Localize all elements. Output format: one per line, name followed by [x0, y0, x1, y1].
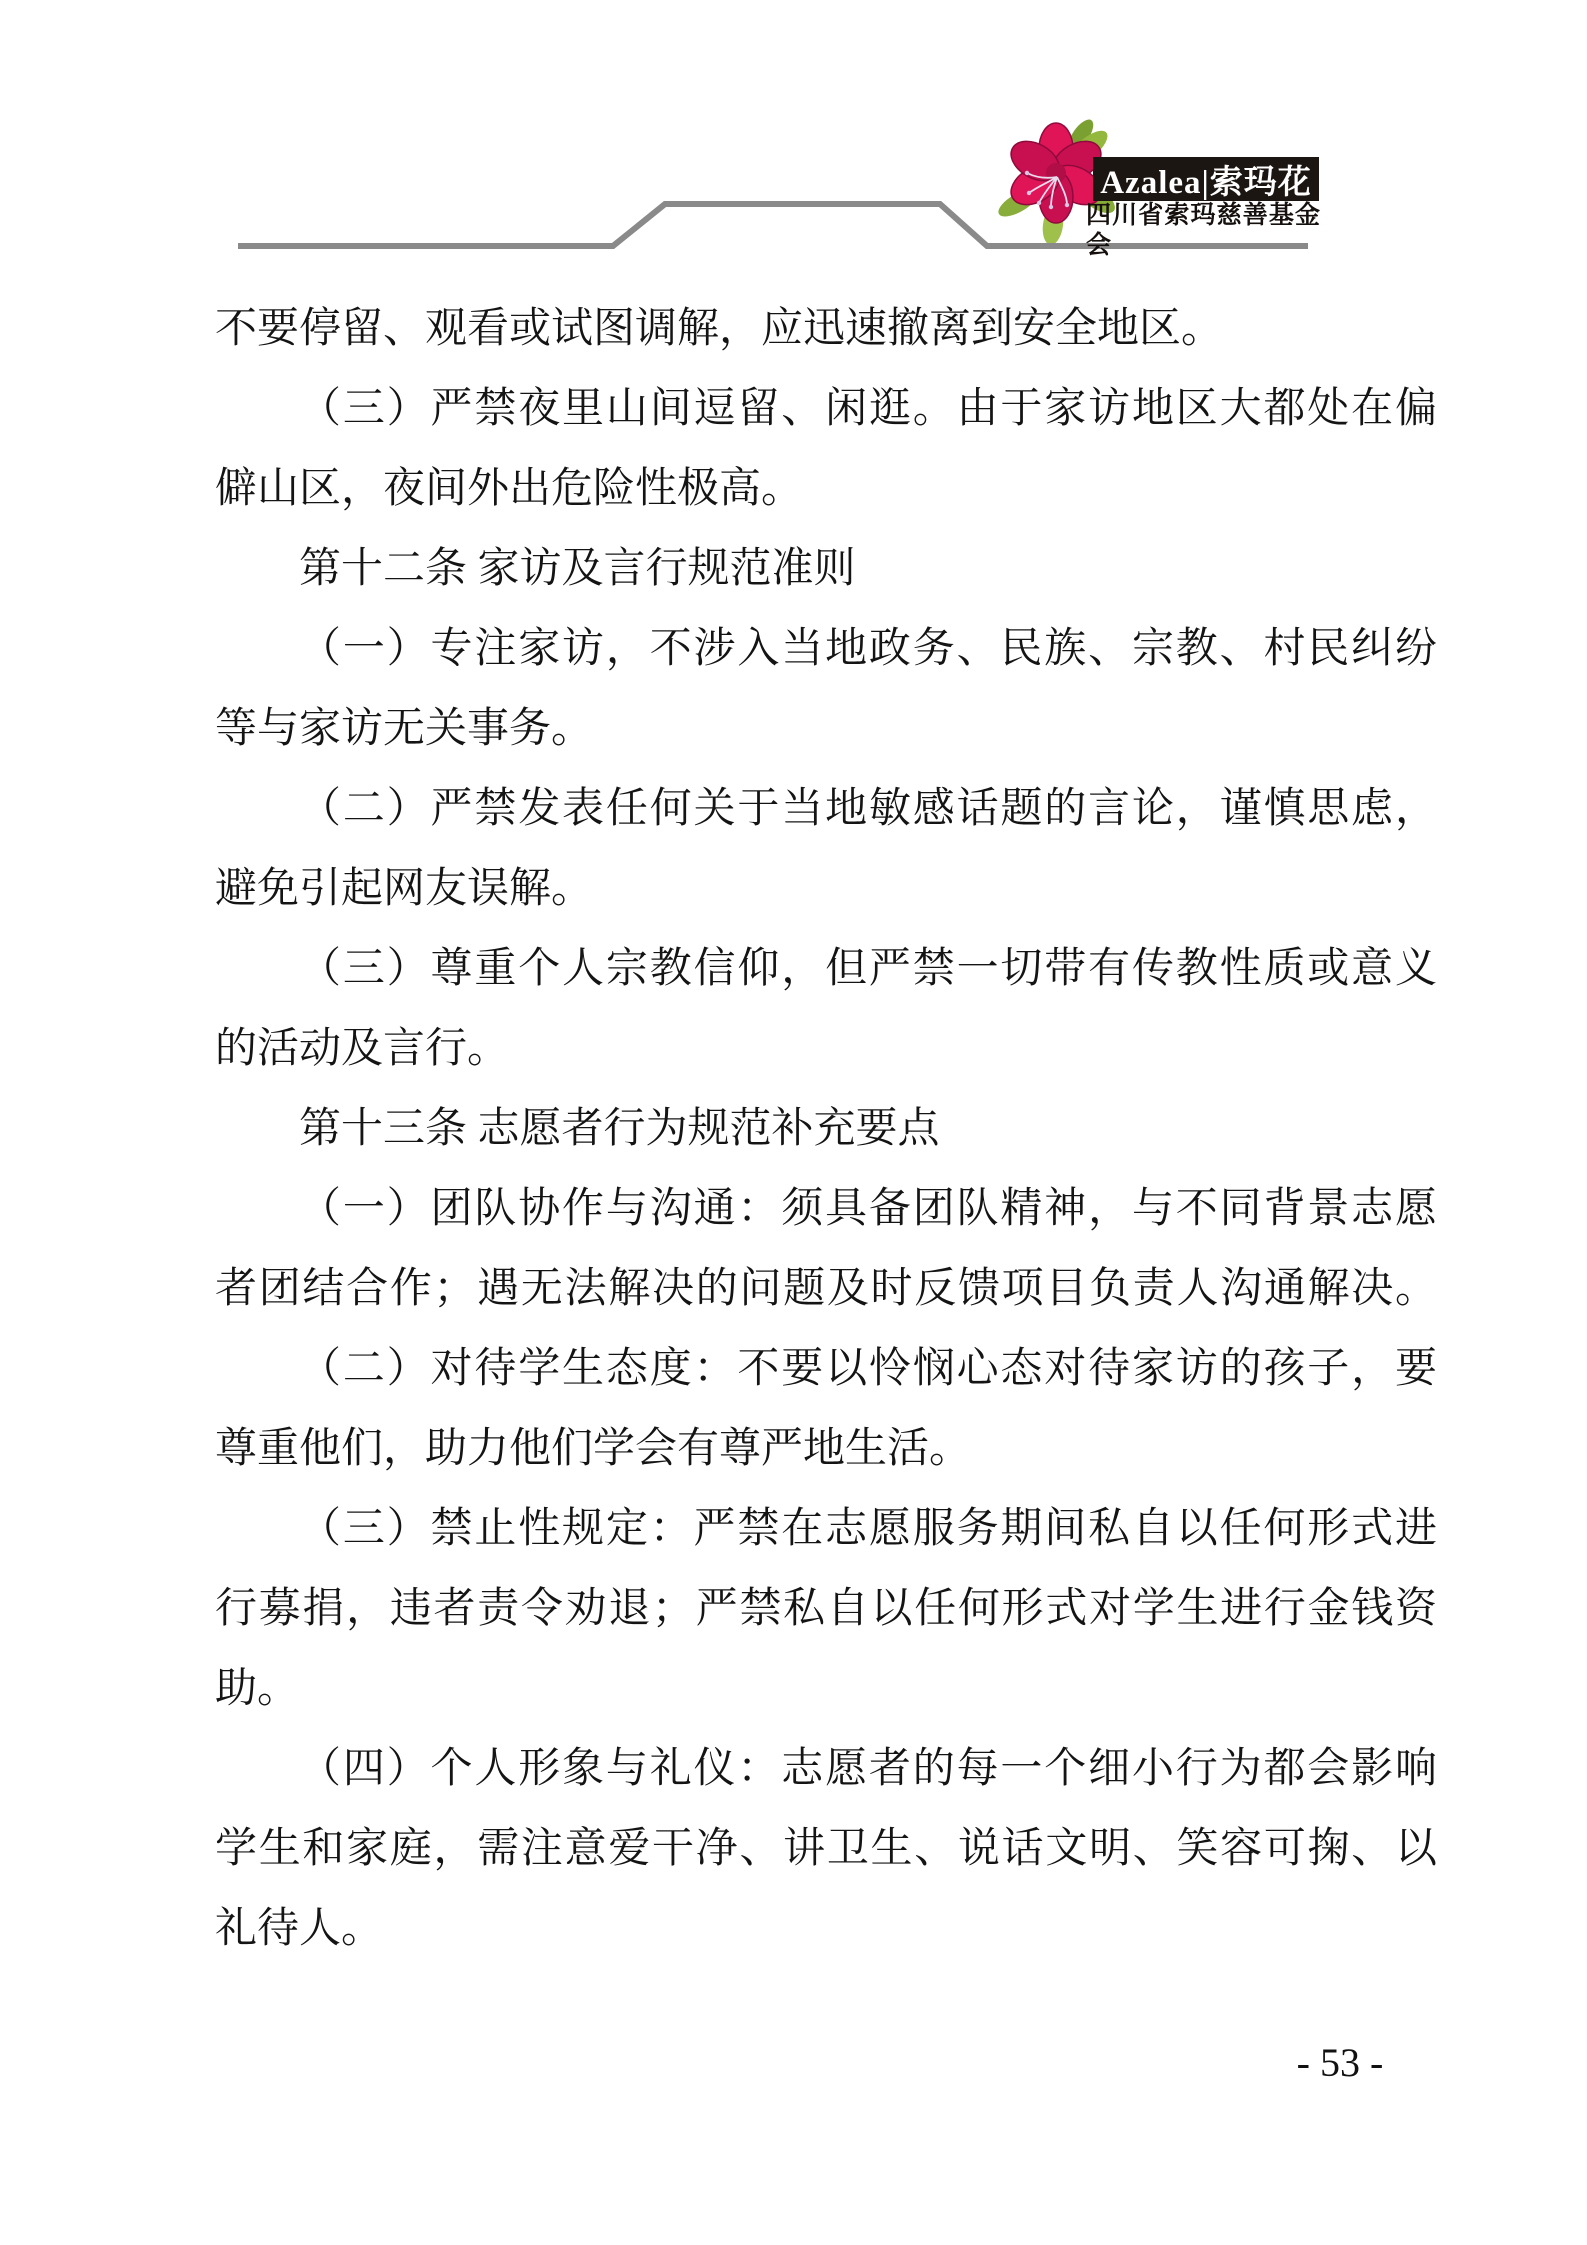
text-line: 者团结合作；遇无法解决的问题及时反馈项目负责人沟通解决。	[215, 1249, 1437, 1329]
text-line: 第十二条 家访及言行规范准则	[215, 529, 1437, 609]
text-line: 的活动及言行。	[215, 1009, 1437, 1089]
header-decorative-line	[0, 0, 1587, 300]
brand-subtitle: 四川省索玛慈善基金会	[1086, 201, 1320, 231]
page-number: - 53 -	[1270, 2038, 1410, 2088]
text-line: 尊重他们，助力他们学会有尊严地生活。	[215, 1409, 1437, 1489]
text-line: 第十三条 志愿者行为规范补充要点	[215, 1089, 1437, 1169]
text-line: （一）团队协作与沟通：须具备团队精神，与不同背景志愿	[215, 1169, 1437, 1249]
text-line: （一）专注家访，不涉入当地政务、民族、宗教、村民纠纷	[215, 609, 1437, 689]
brand-banner-label: Azalea|索玛花	[1100, 156, 1312, 203]
text-line: 避免引起网友误解。	[215, 849, 1437, 929]
document-text-block: 不要停留、观看或试图调解，应迅速撤离到安全地区。（三）严禁夜里山间逗留、闲逛。由…	[215, 289, 1437, 1969]
text-line: （三）严禁夜里山间逗留、闲逛。由于家访地区大都处在偏	[215, 369, 1437, 449]
text-line: 等与家访无关事务。	[215, 689, 1437, 769]
text-line: 行募捐，违者责令劝退；严禁私自以任何形式对学生进行金钱资	[215, 1569, 1437, 1649]
text-line: 礼待人。	[215, 1889, 1437, 1969]
text-line: （三）尊重个人宗教信仰，但严禁一切带有传教性质或意义	[215, 929, 1437, 1009]
text-line: （二）对待学生态度：不要以怜悯心态对待家访的孩子，要	[215, 1329, 1437, 1409]
text-line: 不要停留、观看或试图调解，应迅速撤离到安全地区。	[215, 289, 1437, 369]
text-line: 僻山区，夜间外出危险性极高。	[215, 449, 1437, 529]
document-page: { "header": { "logo": { "brand": "Azalea…	[0, 0, 1587, 2245]
text-line: （二）严禁发表任何关于当地敏感话题的言论，谨慎思虑，	[215, 769, 1437, 849]
text-line: 学生和家庭，需注意爱干净、讲卫生、说话文明、笑容可掬、以	[215, 1809, 1437, 1889]
text-line: 助。	[215, 1649, 1437, 1729]
brand-banner: Azalea|索玛花	[1093, 157, 1319, 201]
text-line: （三）禁止性规定：严禁在志愿服务期间私自以任何形式进	[215, 1489, 1437, 1569]
text-line: （四）个人形象与礼仪：志愿者的每一个细小行为都会影响	[215, 1729, 1437, 1809]
